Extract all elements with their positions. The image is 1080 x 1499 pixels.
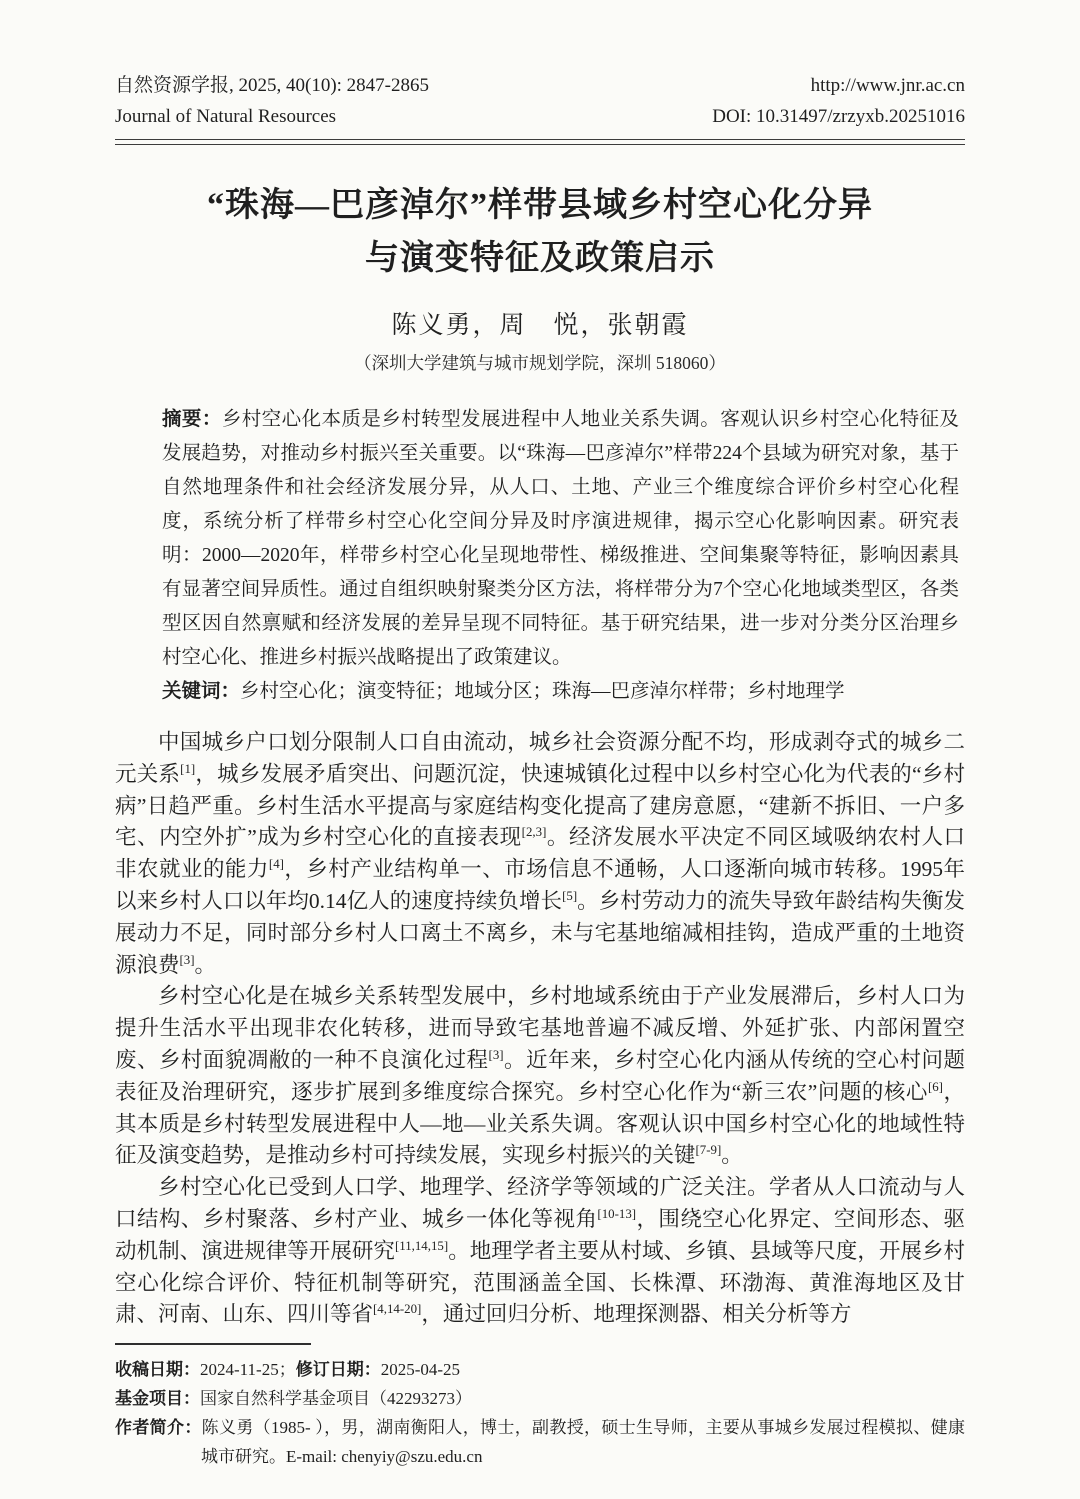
body-text: 中国城乡户口划分限制人口自由流动，城乡社会资源分配不均，形成剥夺式的城乡二元关系… — [115, 727, 965, 1331]
revised-label: 修订日期： — [296, 1360, 381, 1379]
paper-title-line2: 与演变特征及政策启示 — [365, 240, 715, 277]
author-bio-text: 陈义勇（1985- ），男，湖南衡阳人，博士，副教授，硕士生导师，主要从事城乡发… — [201, 1418, 965, 1466]
received-date: 2024-11-25； — [200, 1360, 296, 1379]
fund-text: 国家自然科学基金项目（42293273） — [200, 1389, 472, 1408]
affiliation: （深圳大学建筑与城市规划学院，深圳 518060） — [115, 350, 965, 375]
abstract-text: 乡村空心化本质是乡村转型发展进程中人地业关系失调。客观认识乡村空心化特征及发展趋… — [162, 409, 959, 668]
fund-label: 基金项目： — [115, 1389, 200, 1408]
keywords-label: 关键词： — [162, 681, 240, 702]
journal-info: 自然资源学报, 2025, 40(10): 2847-2865 Journal … — [115, 70, 429, 132]
authors: 陈义勇，周 悦，张朝霞 — [115, 305, 965, 341]
page-header: 自然资源学报, 2025, 40(10): 2847-2865 Journal … — [115, 70, 965, 132]
footnote-fund: 基金项目：国家自然科学基金项目（42293273） — [115, 1384, 965, 1413]
header-rule — [115, 139, 965, 145]
journal-name-en: Journal of Natural Resources — [115, 101, 429, 132]
footnote-rule — [115, 1343, 311, 1345]
journal-url: http://www.jnr.ac.cn — [712, 70, 965, 101]
journal-links: http://www.jnr.ac.cn DOI: 10.31497/zrzyx… — [712, 70, 965, 132]
footnote-dates: 收稿日期：2024-11-25；修订日期：2025-04-25 — [115, 1355, 965, 1384]
footnotes: 收稿日期：2024-11-25；修订日期：2025-04-25 基金项目：国家自… — [115, 1355, 965, 1471]
footnote-author-bio: 作者简介：陈义勇（1985- ），男，湖南衡阳人，博士，副教授，硕士生导师，主要… — [115, 1413, 965, 1471]
keywords-line: 关键词：乡村空心化；演变特征；地域分区；珠海—巴彦淖尔样带；乡村地理学 — [162, 675, 959, 709]
body-paragraph-2: 乡村空心化是在城乡关系转型发展中，乡村地域系统由于产业发展滞后，乡村人口为提升生… — [115, 981, 965, 1172]
journal-name-cn: 自然资源学报, 2025, 40(10): 2847-2865 — [115, 70, 429, 101]
revised-date: 2025-04-25 — [381, 1360, 460, 1379]
abstract-label: 摘要： — [162, 409, 222, 430]
journal-doi: DOI: 10.31497/zrzyxb.20251016 — [712, 101, 965, 132]
body-paragraph-3: 乡村空心化已受到人口学、地理学、经济学等领域的广泛关注。学者从人口流动与人口结构… — [115, 1172, 965, 1331]
body-paragraph-1: 中国城乡户口划分限制人口自由流动，城乡社会资源分配不均，形成剥夺式的城乡二元关系… — [115, 727, 965, 981]
author-bio-label: 作者简介： — [115, 1418, 202, 1437]
paper-title-line1: “珠海—巴彦淖尔”样带县域乡村空心化分异 — [207, 187, 873, 224]
paper-title: “珠海—巴彦淖尔”样带县域乡村空心化分异 与演变特征及政策启示 — [115, 179, 965, 285]
paper-page: 自然资源学报, 2025, 40(10): 2847-2865 Journal … — [0, 0, 1080, 1499]
abstract-block: 摘要：乡村空心化本质是乡村转型发展进程中人地业关系失调。客观认识乡村空心化特征及… — [162, 403, 959, 709]
keywords-text: 乡村空心化；演变特征；地域分区；珠海—巴彦淖尔样带；乡村地理学 — [240, 681, 845, 702]
received-label: 收稿日期： — [115, 1360, 200, 1379]
abstract-paragraph: 摘要：乡村空心化本质是乡村转型发展进程中人地业关系失调。客观认识乡村空心化特征及… — [162, 403, 959, 675]
